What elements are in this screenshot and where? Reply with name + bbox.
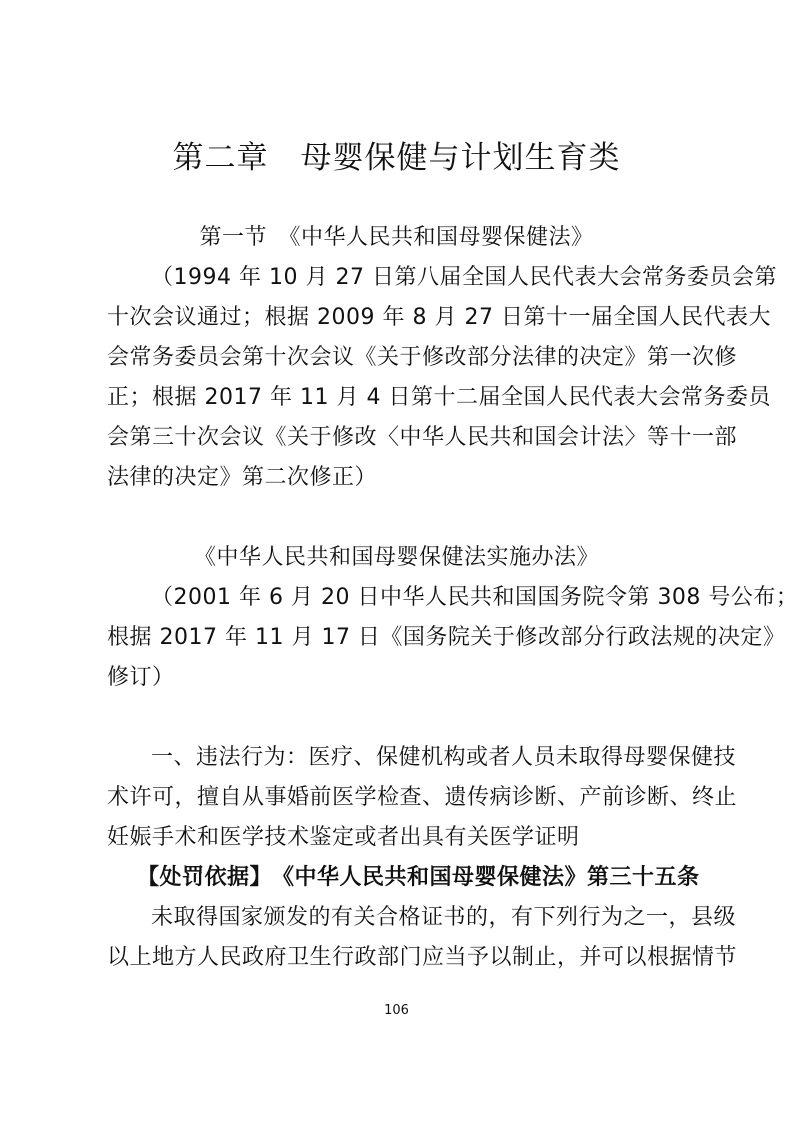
law-note-line: 会第三十次会议《关于修改〈中华人民共和国会计法〉等十一部 [107, 423, 693, 453]
article-text-line: 以上地方人民政府卫生行政部门应当予以制止，并可以根据情节 [107, 943, 693, 973]
page-number: 106 [0, 1003, 793, 1019]
violation-line: 术许可，擅自从事婚前医学检查、遗传病诊断、产前诊断、终止 [107, 783, 693, 813]
penalty-basis-source: 《中华人民共和国母婴保健法》第三十五条 [272, 863, 700, 893]
regulation-note-line: 根据 2017 年 11 月 17 日《国务院关于修改部分行政法规的决定》 [107, 623, 693, 653]
violation-line: 妊娠手术和医学技术鉴定或者出具有关医学证明 [107, 823, 693, 853]
document-page: 第二章 母婴保健与计划生育类 第一节 《中华人民共和国母婴保健法》 （1994 … [0, 0, 793, 1122]
regulation-note-line: （2001 年 6 月 20 日中华人民共和国国务院令第 308 号公布； [107, 583, 693, 613]
article-text-line: 未取得国家颁发的有关合格证书的，有下列行为之一，县级 [107, 903, 693, 933]
law-note-line: 十次会议通过；根据 2009 年 8 月 27 日第十一届全国人民代表大 [107, 303, 693, 333]
law-note-line: 正；根据 2017 年 11 月 4 日第十二届全国人民代表大会常务委员 [107, 383, 693, 413]
law-note-line: （1994 年 10 月 27 日第八届全国人民代表大会常务委员会第 [107, 263, 693, 293]
penalty-basis-label: 【处罚依据】 [137, 863, 272, 893]
section-heading-maternal-health-law: 第一节 《中华人民共和国母婴保健法》 [0, 223, 793, 253]
regulation-note-line: 修订） [107, 663, 693, 693]
section-heading-implementation-measures: 《中华人民共和国母婴保健法实施办法》 [0, 543, 793, 573]
law-note-line: 会常务委员会第十次会议《关于修改部分法律的决定》第一次修 [107, 343, 693, 373]
chapter-title: 第二章 母婴保健与计划生育类 [0, 138, 793, 178]
violation-line: 一、违法行为：医疗、保健机构或者人员未取得母婴保健技 [107, 743, 693, 773]
penalty-basis: 【处罚依据】 《中华人民共和国母婴保健法》第三十五条 [107, 863, 693, 893]
law-note-line: 法律的决定》第二次修正） [107, 463, 693, 493]
